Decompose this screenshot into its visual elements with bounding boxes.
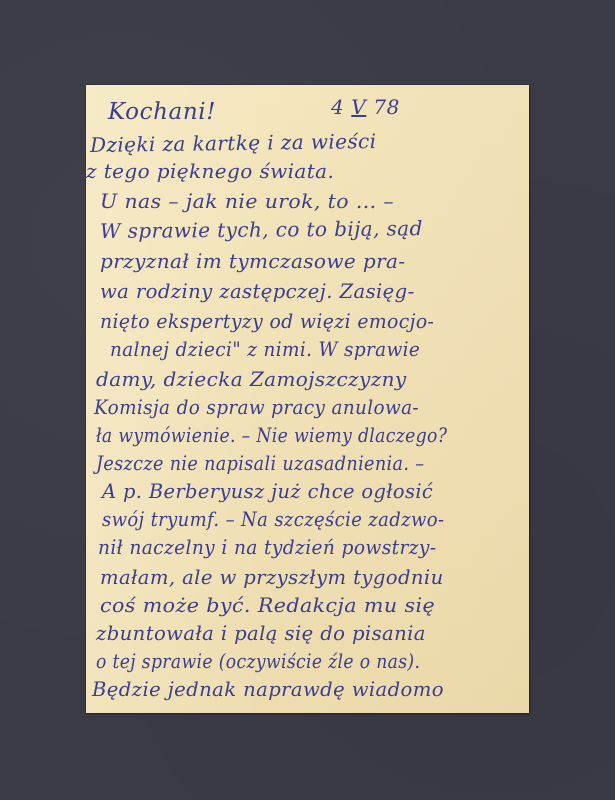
letter-line: małam, ale w przyszłym tygodniu	[100, 565, 444, 589]
letter-line: U nas – jak nie urok, to ... –	[100, 189, 394, 213]
letter-line: damy, dziecka Zamojszczyzny	[96, 367, 407, 391]
greeting: Kochani!	[108, 99, 216, 125]
dark-mat-background: Kochani! 4 V 78 Dzięki za kartkę i za wi…	[0, 0, 615, 800]
letter-line: o tej sprawie (oczywiście źle o nas).	[96, 649, 420, 673]
letter-line: nił naczelny i na tydzień powstrzy-	[98, 535, 436, 559]
letter-line: Jeszcze nie napisali uzasadnienia. –	[96, 451, 424, 475]
letter-line: Komisja do spraw pracy anulowa-	[94, 395, 419, 419]
postcard: Kochani! 4 V 78 Dzięki za kartkę i za wi…	[86, 85, 529, 713]
letter-line: zbuntowała i palą się do pisania	[96, 621, 426, 645]
letter-line: ła wymówienie. – Nie wiemy dlaczego?	[96, 423, 447, 447]
letter-line: coś może być. Redakcja mu się	[100, 593, 435, 617]
letter-line: wa rodziny zastępczej. Zasięg-	[100, 279, 415, 303]
letter-line: swój tryumf. – Na szczęście zadzwo-	[102, 507, 444, 531]
letter-line: przyznał im tymczasowe pra-	[100, 249, 406, 273]
letter-line: nalnej dzieci" z nimi. W sprawie	[110, 337, 420, 361]
letter-line: Dzięki za kartkę i za wieści	[90, 129, 377, 157]
letter-line: nięto ekspertyzy od więzi emocjo-	[100, 309, 434, 333]
date-month: V	[351, 95, 366, 119]
letter-line: A p. Berberyusz już chce ogłosić	[102, 479, 433, 503]
letter-line: W sprawie tych, co to biją, sąd	[100, 216, 423, 243]
date-year: 78	[373, 95, 400, 119]
date: 4 V 78	[331, 95, 400, 119]
date-day: 4	[331, 95, 344, 119]
letter-line: z tego pięknego świata.	[86, 159, 334, 183]
letter-line: Będzie jednak naprawdę wiadomo	[92, 677, 444, 701]
